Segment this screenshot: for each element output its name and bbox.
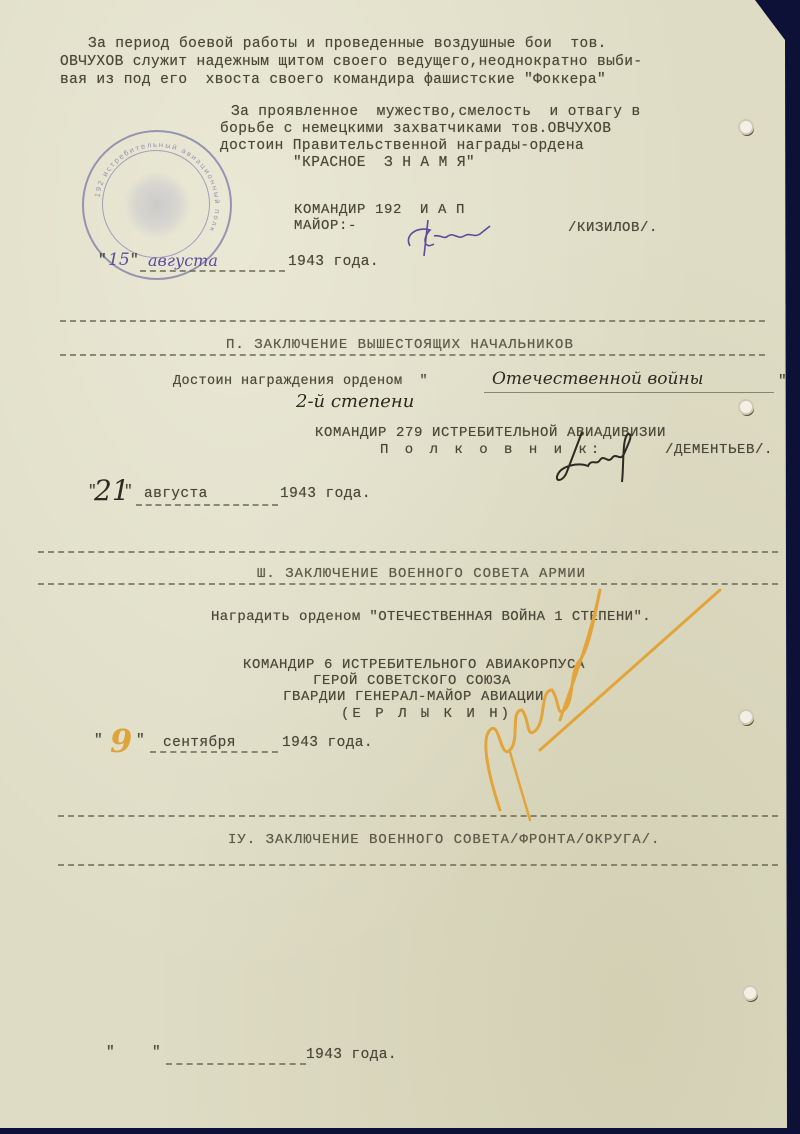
date3-month: сентября	[163, 735, 236, 751]
svg-text:192 истребительный авиационный: 192 истребительный авиационный полк	[93, 141, 221, 234]
date2-month: августа	[144, 486, 208, 502]
date1-month: августа	[148, 251, 218, 270]
merit-line-2: борьбе с немецкими захватчиками тов.ОВЧУ…	[220, 121, 611, 137]
signature-erlykin-icon	[470, 580, 740, 830]
section2-top-rule	[60, 320, 765, 322]
date1-close-quote: "	[130, 253, 139, 269]
intro-line-3: вая из под его хвоста своего командира ф…	[60, 72, 606, 88]
merit-line-1: За проявленное мужество,смелость и отваг…	[231, 104, 641, 120]
document-page: За период боевой работы и проведенные во…	[0, 0, 787, 1128]
date1-open-quote: "	[98, 253, 107, 269]
section3-top-rule	[38, 551, 778, 553]
section2-award-text: Достоин награждения орденом "	[173, 374, 428, 389]
section4-bottom-rule	[58, 864, 778, 866]
date1-year: 1943 года.	[288, 254, 379, 270]
date3-close-quote: "	[136, 733, 145, 749]
date3-year: 1943 года.	[282, 735, 373, 751]
division-commander-name: /ДЕМЕНТЬЕВ/.	[665, 442, 773, 458]
signature-dementyev-icon	[552, 428, 642, 488]
punch-hole-top	[740, 121, 752, 133]
date4-year: 1943 года.	[306, 1047, 397, 1063]
major-rank: МАЙОР:-	[294, 218, 357, 234]
date3-open-quote: "	[94, 733, 103, 749]
section2-heading: П. ЗАКЛЮЧЕНИЕ ВЫШЕСТОЯЩИХ НАЧАЛЬНИКОВ	[226, 337, 574, 353]
merit-award-name: "КРАСНОЕ З Н А М Я"	[293, 155, 475, 171]
date1-day: 15	[108, 250, 130, 270]
date4-open-quote: "	[106, 1045, 115, 1061]
regiment-commander-name: /КИЗИЛОВ/.	[568, 220, 658, 236]
punch-hole-bottom	[744, 987, 756, 999]
date2-year: 1943 года.	[280, 486, 371, 502]
date4-close-quote: "	[152, 1045, 161, 1061]
section4-heading: IУ. ЗАКЛЮЧЕНИЕ ВОЕННОГО СОВЕТА/ФРОНТА/ОК…	[228, 832, 660, 848]
merit-line-3: достоин Правительственной награды-ордена	[220, 138, 584, 154]
section2-award-close-quote: "	[778, 374, 787, 390]
punch-hole-upper-mid	[740, 401, 752, 413]
date3-day: 9	[110, 722, 132, 760]
section2-bottom-rule	[60, 354, 765, 356]
signature-kizilov-icon	[404, 216, 494, 260]
date2-underline	[136, 504, 278, 506]
punch-hole-lower-mid	[740, 711, 752, 723]
section4-top-rule	[58, 815, 778, 817]
section2-award-underline	[484, 392, 774, 393]
date2-close-quote: "	[124, 484, 133, 500]
date3-underline	[150, 751, 278, 753]
date1-underline	[140, 270, 285, 272]
intro-line-2: ОВЧУХОВ служит надежным щитом своего вед…	[60, 54, 643, 70]
intro-line-1: За период боевой работы и проведенные во…	[88, 36, 607, 52]
section2-handwritten-award: Отечественной войны	[492, 369, 703, 389]
section2-handwritten-degree: 2-й степени	[296, 391, 414, 412]
date4-underline	[166, 1063, 306, 1065]
state-emblem-icon	[124, 170, 190, 240]
